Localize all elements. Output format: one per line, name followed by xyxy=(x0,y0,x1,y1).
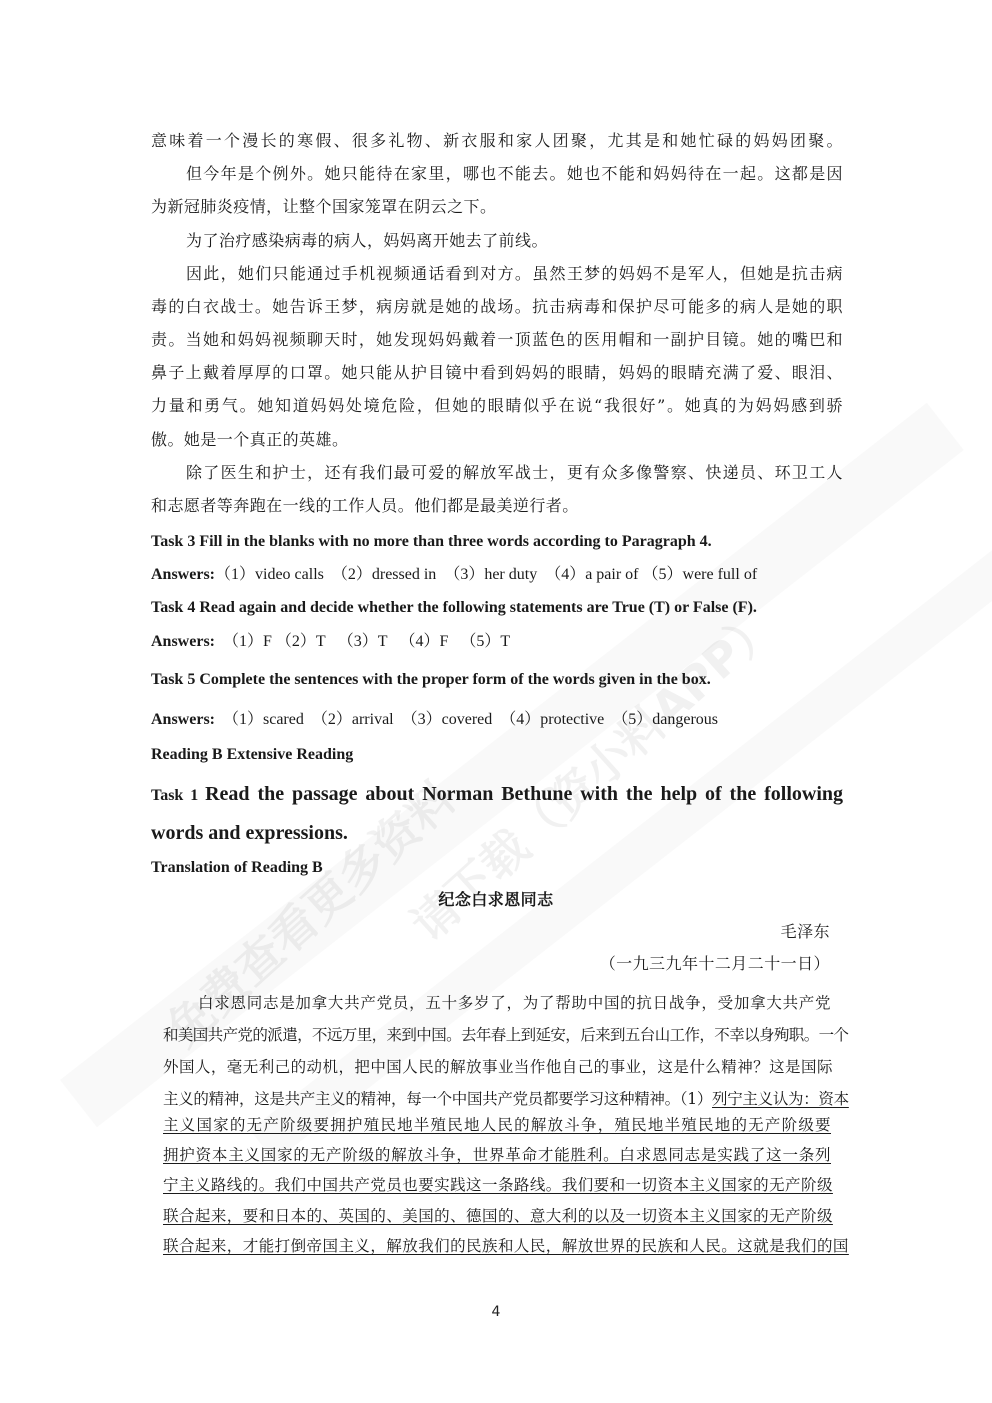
article-line: 主义的精神，这是共产主义的精神，每一个中国共产党员都要学习这种精神。（1）列宁主… xyxy=(163,1089,831,1109)
article-text: 主义的精神，这是共产主义的精神，每一个中国共产党员都要学习这种精神。（1） xyxy=(163,1090,712,1108)
underlined-line: 联合起来，要和日本的、英国的、美国的、德国的、意大利的以及一切资本主义国家的无产… xyxy=(163,1206,831,1226)
task4-title: Task 4 Read again and decide whether the… xyxy=(151,598,843,618)
paragraph-line: 但今年是个例外。她只能待在家里，哪也不能去。她也不能和妈妈待在一起。这都是因 xyxy=(186,164,843,184)
answer-item: （3）her duty xyxy=(444,566,537,583)
article-title: 纪念白求恩同志 xyxy=(0,890,992,910)
paragraph-line: 鼻子上戴着厚厚的口罩。她只能从护目镜中看到妈妈的眼睛，妈妈的眼睛充满了爱、眼泪、 xyxy=(151,363,843,383)
paragraph-line: 为了治疗感染病毒的病人，妈妈离开她去了前线。 xyxy=(186,231,878,251)
underlined-line: 主义国家的无产阶级要拥护殖民地半殖民地人民的解放斗争，殖民地半殖民地的无产阶级要 xyxy=(163,1115,831,1135)
article-line: 和美国共产党的派遣，不远万里，来到中国。去年春上到延安，后来到五台山工作，不幸以… xyxy=(163,1025,831,1045)
answer-item: （5）were full of xyxy=(643,566,758,583)
article-line: 外国人，毫无利己的动机，把中国人民的解放事业当作他自己的事业，这是什么精神？这是… xyxy=(163,1057,831,1077)
answer-item: （3）covered xyxy=(402,711,493,728)
underlined-line: 拥护资本主义国家的无产阶级的解放斗争，世界革命才能胜利。白求恩同志是实践了这一条… xyxy=(163,1145,831,1165)
task1-prefix: Task 1 xyxy=(151,787,198,804)
answer-item: （4）protective xyxy=(500,711,604,728)
article-date: （一九三九年十二月二十一日） xyxy=(600,954,830,974)
paragraph-line: 力量和勇气。她知道妈妈处境危险，但她的眼睛似乎在说“我很好”。她真的为妈妈感到骄 xyxy=(151,396,843,416)
underlined-line: 联合起来，才能打倒帝国主义，解放我们的民族和人民，解放世界的民族和人民。这就是我… xyxy=(163,1236,831,1256)
task5-answers: Answers: （1）scared （2）arrival （3）covered… xyxy=(151,710,843,730)
translation-heading: Translation of Reading B xyxy=(151,858,843,878)
task5-title: Task 5 Complete the sentences with the p… xyxy=(151,670,843,690)
answers-label: Answers: xyxy=(151,566,215,583)
paragraph-line: 傲。她是一个真正的英雄。 xyxy=(151,430,843,450)
underlined-line: 宁主义路线的。我们中国共产党员也要实践这一条路线。我们要和一切资本主义国家的无产… xyxy=(163,1175,831,1195)
task3-title: Task 3 Fill in the blanks with no more t… xyxy=(151,532,843,552)
reading-b-task1-line2: words and expressions. xyxy=(151,821,843,845)
reading-b-heading: Reading B Extensive Reading xyxy=(151,745,843,765)
task3-answers: Answers:（1）video calls （2）dressed in （3）… xyxy=(151,565,843,585)
answer-item: （1）video calls xyxy=(215,566,324,583)
answer-item: （1）F xyxy=(223,633,272,650)
paragraph-line: 和志愿者等奔跑在一线的工作人员。他们都是最美逆行者。 xyxy=(151,496,843,516)
underlined-text: 列宁主义认为：资本 xyxy=(712,1090,849,1108)
paragraph-line: 为新冠肺炎疫情，让整个国家笼罩在阴云之下。 xyxy=(151,197,843,217)
document-page: 免费查看更多资料 请下载（资小料APP） 意味着一个漫长的寒假、很多礼物、新衣服… xyxy=(0,0,992,1403)
answer-item: （5）T xyxy=(460,633,510,650)
reading-b-task1-line1: Task 1 Read the passage about Norman Bet… xyxy=(151,782,843,808)
paragraph-line: 因此，她们只能通过手机视频通话看到对方。虽然王梦的妈妈不是军人，但她是抗击病 xyxy=(186,264,843,284)
article-author: 毛泽东 xyxy=(781,922,830,942)
answers-label: Answers: xyxy=(151,711,215,728)
answer-item: （2）T xyxy=(276,633,326,650)
paragraph-line: 毒的白衣战士。她告诉王梦，病房就是她的战场。抗击病毒和保护尽可能多的病人是她的职 xyxy=(151,297,843,317)
task1-instruction: Read the passage about Norman Bethune wi… xyxy=(205,783,843,805)
page-number: 4 xyxy=(0,1304,992,1320)
paragraph-line: 除了医生和护士，还有我们最可爱的解放军战士，更有众多像警察、快递员、环卫工人 xyxy=(186,463,843,483)
answer-item: （4）F xyxy=(399,633,448,650)
watermark-text: 免费查看更多资料 xyxy=(150,764,468,1059)
paragraph-line: 意味着一个漫长的寒假、很多礼物、新衣服和家人团聚，尤其是和她忙碌的妈妈团聚。 xyxy=(151,131,843,151)
answer-item: （3）T xyxy=(338,633,388,650)
answer-item: （2）arrival xyxy=(312,711,394,728)
task4-answers: Answers: （1）F （2）T （3）T （4）F （5）T xyxy=(151,632,843,652)
article-line: 白求恩同志是加拿大共产党员，五十多岁了，为了帮助中国的抗日战争，受加拿大共产党 xyxy=(198,993,831,1013)
answer-item: （4）a pair of xyxy=(545,566,638,583)
answer-item: （5）dangerous xyxy=(612,711,718,728)
answers-label: Answers: xyxy=(151,633,215,650)
answer-item: （2）dressed in xyxy=(332,566,436,583)
answer-item: （1）scared xyxy=(223,711,304,728)
paragraph-line: 责。当她和妈妈视频聊天时，她发现妈妈戴着一顶蓝色的医用帽和一副护目镜。她的嘴巴和 xyxy=(151,330,843,350)
